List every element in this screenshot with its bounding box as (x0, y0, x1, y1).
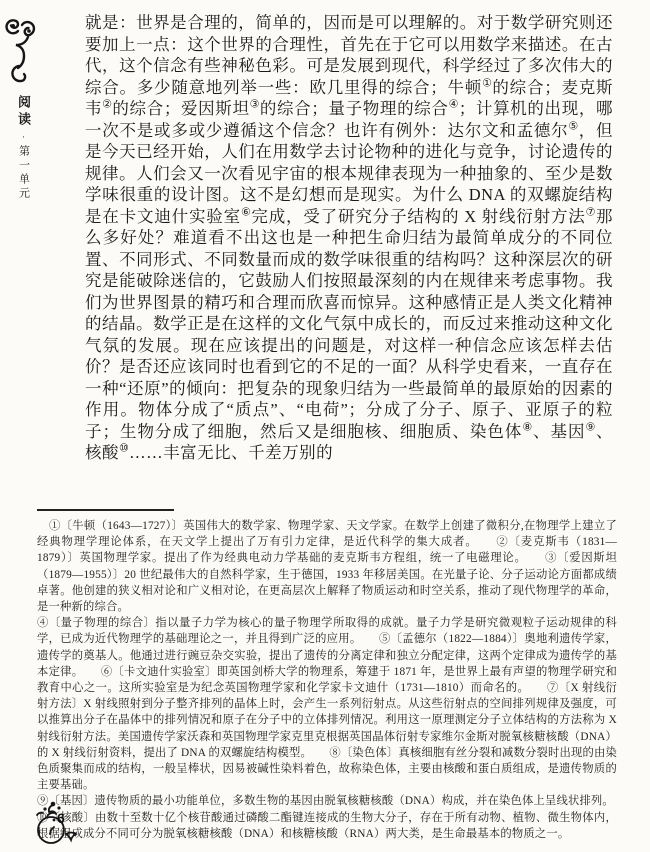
footnote-reference: ⑤ (568, 120, 578, 132)
footnote-reference: ⑩ (119, 443, 129, 455)
footnote-reference: ⑥ (241, 206, 251, 218)
book-page: 阅读 · 第一单元 就是：世界是合理的，简单的，因而是可以理解的。对于数学研究则… (0, 0, 650, 852)
footnote-reference: ① (482, 77, 492, 89)
footnote-paragraph: ④〔量子物理的综合〕指以量子力学为核心的量子物理学所取得的成就。量子力学是研究微… (37, 615, 617, 793)
page-number: 6 (57, 810, 65, 826)
footnote-reference: ③ (250, 99, 260, 111)
page-number-block: 6 (31, 799, 91, 849)
footnote-reference: ⑦ (586, 206, 596, 218)
footnote-reference: ⑧ (522, 421, 533, 433)
footnote-paragraph: ⑩〔核酸〕由数十至数十亿个核苷酸通过磷酸二酯键连接成的生物大分子，存在于所有动物… (37, 810, 617, 842)
sidebar-label-separator: · (19, 129, 29, 145)
footnote-divider (37, 509, 174, 511)
body-paragraph: 就是：世界是合理的，简单的，因而是可以理解的。对于数学研究则还要加上一点：这个世… (85, 12, 613, 464)
footnote-reference: ⑨ (585, 421, 596, 433)
sidebar-label-unit: 第一单元 (16, 145, 32, 201)
footnotes-section: ①〔牛顿（1643—1727）〕英国伟大的数学家、物理学家、天文学家。在数学上创… (37, 518, 617, 842)
footnote-paragraph: ①〔牛顿（1643—1727）〕英国伟大的数学家、物理学家、天文学家。在数学上创… (37, 518, 617, 615)
sidebar-label-reading: 阅读 (14, 95, 33, 129)
footnote-reference: ② (102, 99, 112, 111)
footnote-paragraph: ⑨〔基因〕遗传物质的最小功能单位，多数生物的基因由脱氧核糖核酸（DNA）构成，并… (37, 793, 617, 809)
corner-flourish-icon (4, 16, 38, 88)
footnote-reference: ④ (449, 99, 459, 111)
sidebar-section-label: 阅读 · 第一单元 (14, 95, 33, 230)
